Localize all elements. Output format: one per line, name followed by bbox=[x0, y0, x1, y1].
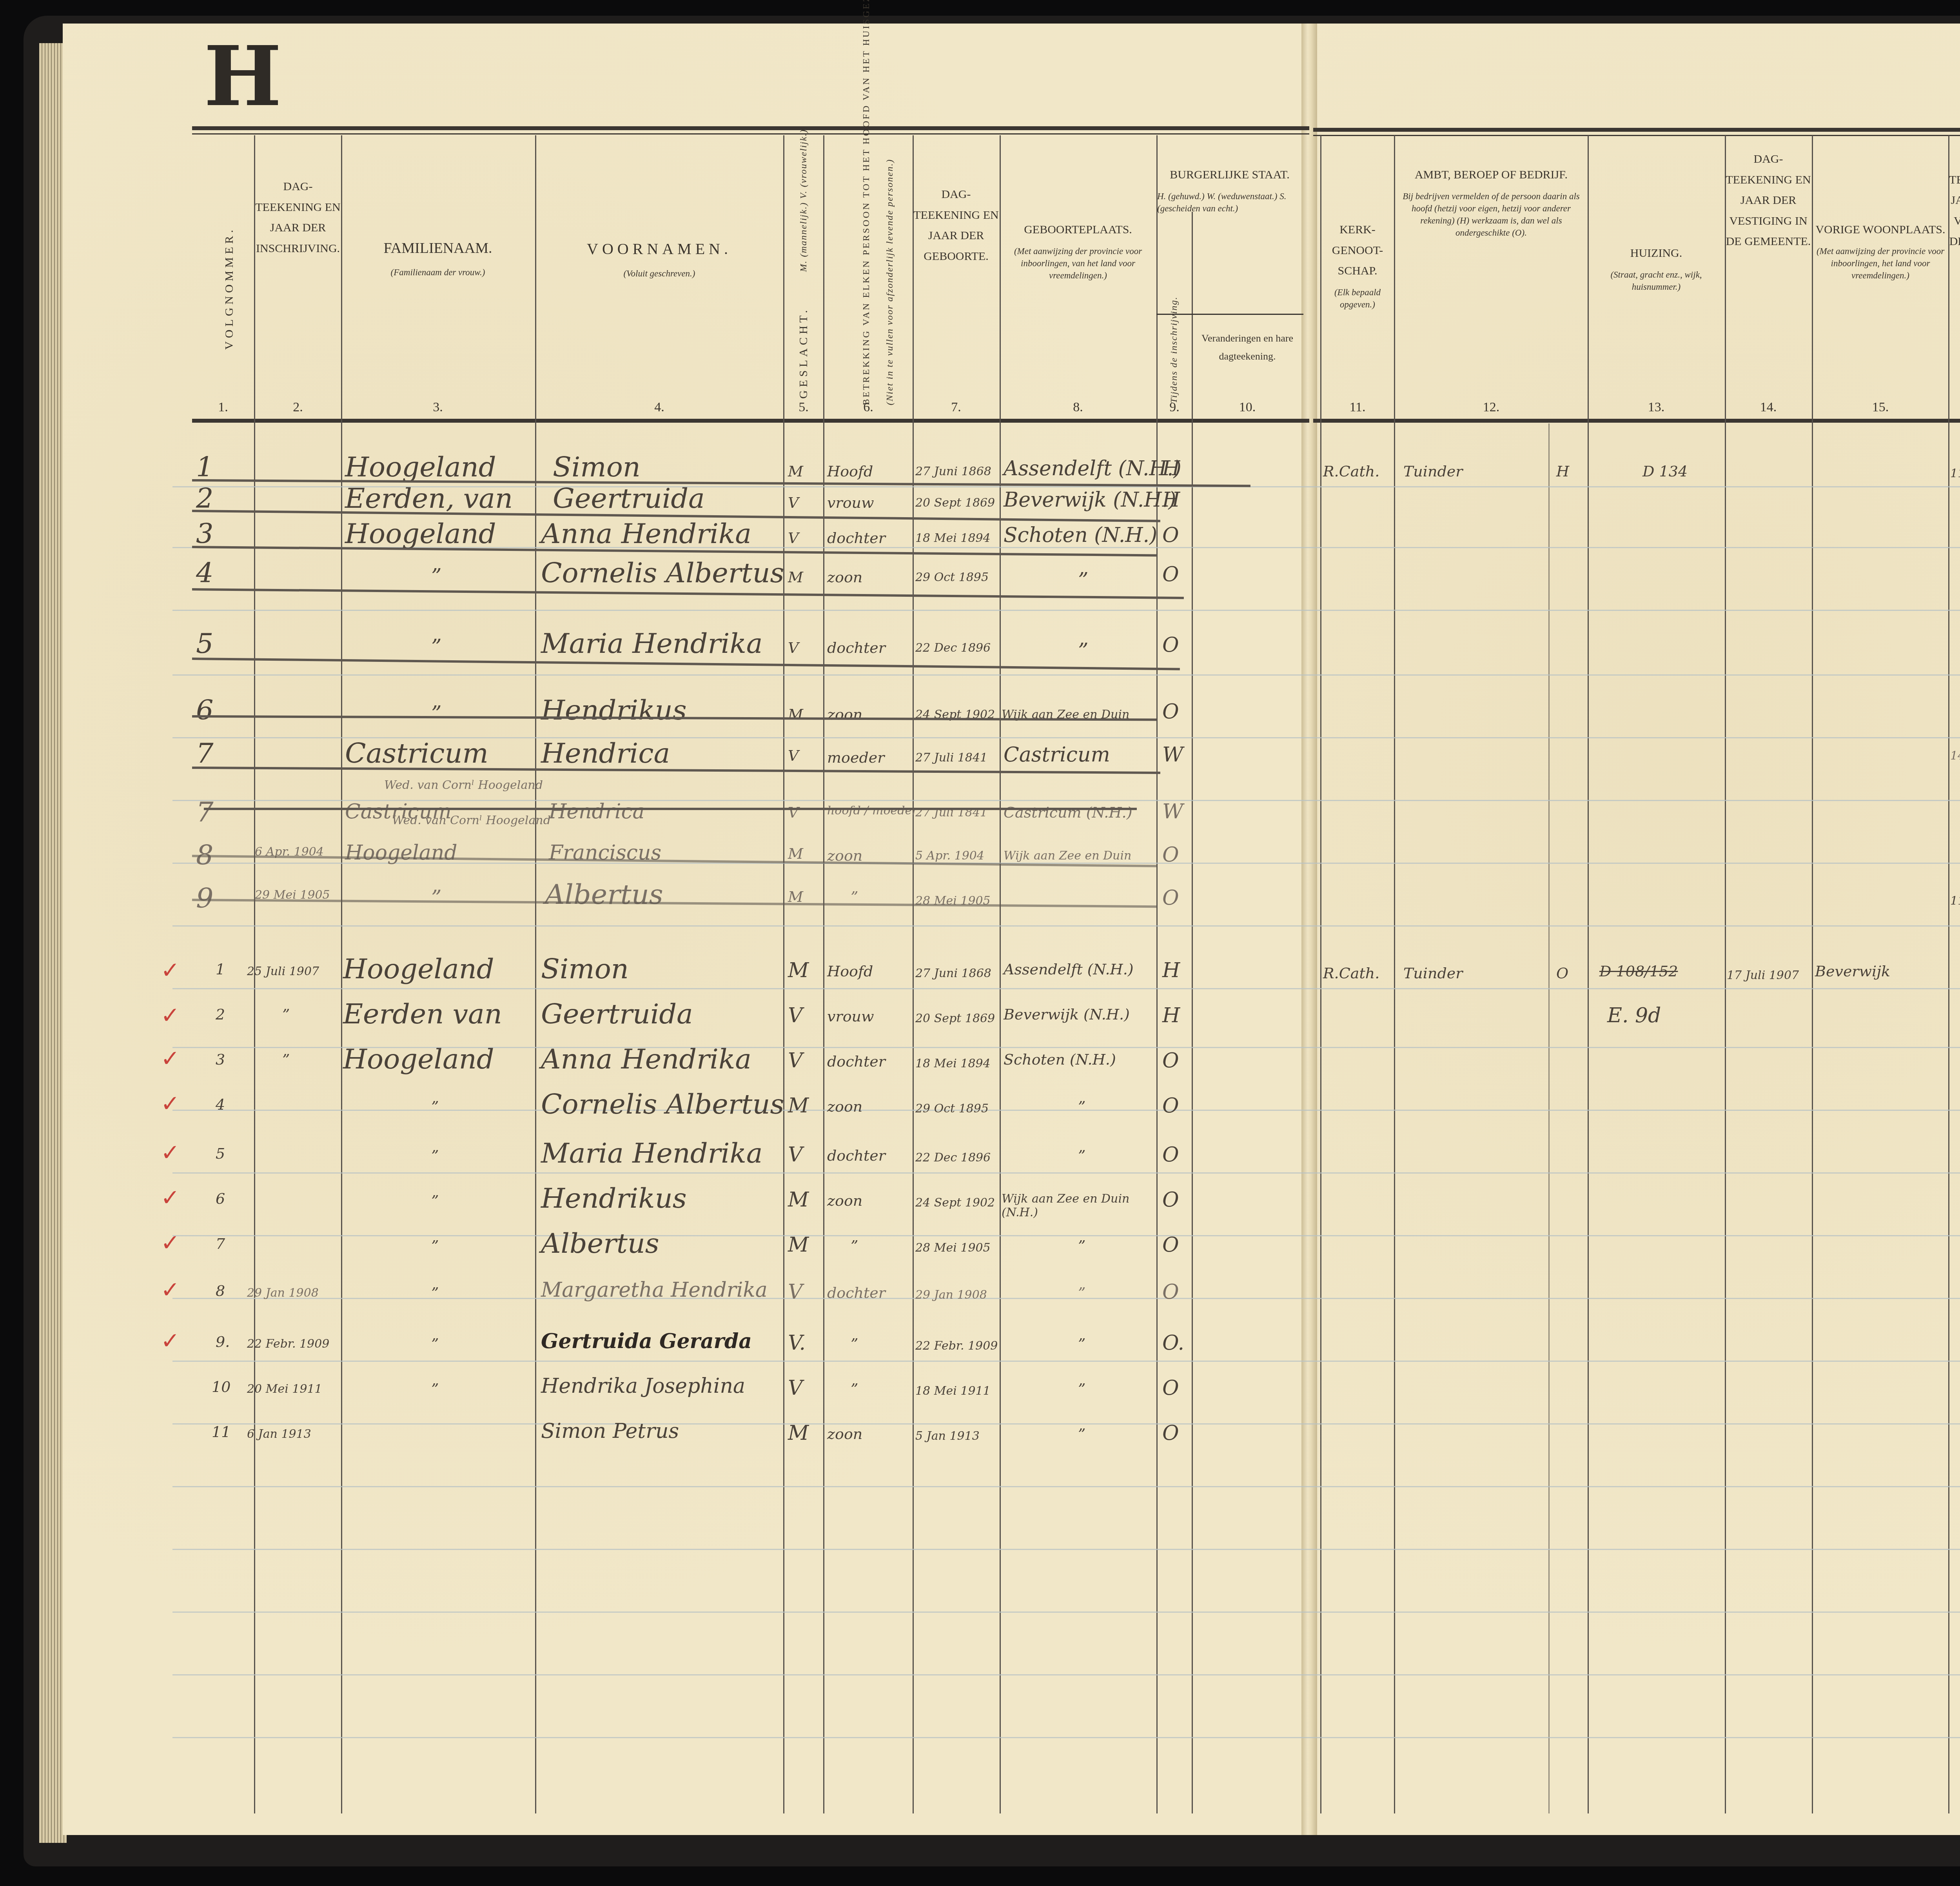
entry-birthplace: ” bbox=[1078, 1284, 1085, 1301]
entry-given-names: Hendrikus bbox=[541, 1182, 687, 1214]
entry-departure-date: 14 Nov 1905 bbox=[1950, 749, 1960, 763]
row-line bbox=[172, 988, 1960, 989]
entry-widow-note: Wed. van Cornˡ Hoogeland bbox=[392, 814, 551, 827]
header-col-12-note: Bij bedrijven vermelden of de persoon da… bbox=[1396, 190, 1587, 239]
entry-birthplace: Castricum bbox=[1004, 743, 1110, 767]
row-line bbox=[172, 1423, 1960, 1424]
col-number: 3. bbox=[342, 400, 534, 415]
entry-birthplace: Beverwijk (N.H.) bbox=[1004, 488, 1176, 512]
entry-birthdate: 28 Mei 1905 bbox=[915, 1241, 991, 1255]
entry-sex: V bbox=[788, 494, 799, 511]
entry-birthplace: ” bbox=[1078, 1380, 1085, 1397]
header-col-16: DAG-TEEKENING EN JAAR VAN HET VERTREK UI… bbox=[1949, 149, 1960, 252]
entry-relation: zoon bbox=[827, 1425, 862, 1443]
entry-number: 5 bbox=[216, 1145, 225, 1162]
entry-given-names: Cornelis Albertus bbox=[541, 1088, 784, 1120]
header-col-15: VORIGE WOONPLAATS. (Met aanwijzing der p… bbox=[1813, 220, 1948, 282]
header-col-11: KERK-GENOOT-SCHAP. (Elk bepaald opgeven.… bbox=[1321, 220, 1394, 311]
row-line bbox=[172, 1486, 1960, 1487]
entry-given-names: Simon Petrus bbox=[541, 1419, 679, 1443]
entry-church: R.Cath. bbox=[1323, 463, 1379, 480]
entry-birthdate: 18 Mei 1894 bbox=[915, 531, 991, 545]
checkmark-icon: ✓ bbox=[161, 1327, 180, 1354]
entry-address: E. 9d bbox=[1607, 1004, 1661, 1027]
entry-birthdate: 29 Jan 1908 bbox=[915, 1288, 987, 1302]
entry-number: 8 bbox=[216, 1282, 225, 1299]
entry-sex: M bbox=[788, 1188, 809, 1212]
row-line bbox=[172, 674, 1960, 676]
entry-surname: ” bbox=[431, 702, 442, 725]
entry-surname: ” bbox=[431, 635, 442, 659]
header-top-rule-left-thin bbox=[192, 133, 1309, 134]
entry-sex: V bbox=[788, 1376, 803, 1400]
col-number: 12. bbox=[1396, 400, 1587, 415]
header-top-rule-right-thin bbox=[1313, 135, 1960, 136]
checkmark-icon: ✓ bbox=[161, 957, 180, 983]
entry-given-names: Albertus bbox=[545, 878, 663, 910]
checkmark-icon: ✓ bbox=[161, 1184, 180, 1211]
entry-given-names: Geertruida bbox=[553, 482, 705, 514]
entry-civil-status: O bbox=[1162, 1376, 1179, 1400]
entry-number: 4 bbox=[196, 557, 214, 589]
header-col-14: DAG-TEEKENING EN JAAR DER VESTIGING IN D… bbox=[1726, 149, 1811, 252]
row-line bbox=[172, 1361, 1960, 1362]
header-col-7: DAG-TEEKENING EN JAAR DER GEBOORTE. bbox=[913, 184, 999, 267]
row-line bbox=[172, 1172, 1960, 1174]
entry-widow-note: Wed. van Cornˡ Hoogeland bbox=[384, 778, 543, 792]
entry-surname: ” bbox=[431, 565, 442, 588]
entry-birthplace: ” bbox=[1078, 1147, 1085, 1164]
entry-sex: M bbox=[788, 845, 803, 862]
col-divider bbox=[1000, 135, 1001, 1813]
header-col-4-title: VOORNAMEN. bbox=[587, 240, 732, 258]
entry-relation: vrouw bbox=[827, 494, 874, 511]
entry-surname: Hoogeland bbox=[345, 841, 457, 865]
entry-given-names: Maria Hendrika bbox=[541, 1137, 763, 1169]
book-gutter bbox=[1301, 24, 1317, 1835]
entry-registration-date: 6 Jan 1913 bbox=[247, 1427, 311, 1441]
entry-civil-status: H bbox=[1162, 959, 1180, 982]
header-top-rule-left bbox=[192, 126, 1309, 130]
header-col-13-title: HUIZING. bbox=[1630, 247, 1682, 260]
entry-civil-status: O bbox=[1162, 633, 1179, 657]
col-number: 10. bbox=[1192, 400, 1302, 415]
entry-given-names: Simon bbox=[553, 451, 641, 483]
col-divider bbox=[783, 135, 784, 1813]
entry-birthplace: ” bbox=[1078, 569, 1089, 592]
header-col-1: VOLGNOMMER. bbox=[223, 173, 236, 350]
entry-civil-status: O bbox=[1162, 1188, 1179, 1212]
entry-given-names: Gertruida Gerarda bbox=[541, 1329, 752, 1353]
entry-birthdate: 5 Jan 1913 bbox=[915, 1429, 980, 1443]
entry-given-names: Hendrika Josephina bbox=[541, 1374, 745, 1398]
checkmark-icon: ✓ bbox=[161, 1139, 180, 1166]
col-divider bbox=[1588, 135, 1589, 1813]
row-line bbox=[172, 1549, 1960, 1550]
checkmark-icon: ✓ bbox=[161, 1229, 180, 1256]
entry-surname: Castricum bbox=[345, 737, 488, 769]
entry-sex: V bbox=[788, 1143, 803, 1166]
entry-birthdate: 29 Oct 1895 bbox=[915, 571, 989, 584]
entry-given-names: Anna Hendrika bbox=[541, 1043, 751, 1075]
header-col-11-note: (Elk bepaald opgeven.) bbox=[1321, 286, 1394, 311]
row-line bbox=[172, 1298, 1960, 1299]
entry-sex: V. bbox=[788, 1331, 806, 1355]
col-divider bbox=[1725, 135, 1726, 1813]
header-col-2: DAG-TEEKENING EN JAAR DER INSCHRIJVING. bbox=[255, 141, 341, 259]
entry-registration-date: 25 Juli 1907 bbox=[247, 965, 319, 978]
entry-civil-status: W bbox=[1162, 800, 1183, 823]
entry-surname: ” bbox=[431, 1284, 439, 1301]
entry-birthplace: ” bbox=[1078, 1237, 1085, 1254]
entry-number: 3 bbox=[196, 518, 214, 550]
entry-number: 11 bbox=[212, 1423, 230, 1441]
col-divider bbox=[535, 135, 536, 1813]
col-number: 5. bbox=[784, 400, 823, 415]
checkmark-icon: ✓ bbox=[161, 1002, 180, 1028]
entry-relation: ” bbox=[851, 888, 858, 905]
entry-given-names: Simon bbox=[541, 953, 629, 985]
entry-sex: V bbox=[788, 639, 799, 656]
checkmark-icon: ✓ bbox=[161, 1045, 180, 1072]
col-divider bbox=[1156, 135, 1158, 1813]
entry-sex: V bbox=[788, 804, 799, 821]
header-col-13-note: (Straat, gracht enz., wijk, huisnummer.) bbox=[1588, 269, 1724, 293]
header-col-13: HUIZING. (Straat, gracht enz., wijk, hui… bbox=[1588, 243, 1724, 293]
header-bottom-rule-right bbox=[1313, 419, 1960, 423]
col-number: 15. bbox=[1813, 400, 1948, 415]
entry-number: 6 bbox=[196, 694, 214, 726]
header-col-8: GEBOORTEPLAATS. (Met aanwijzing der prov… bbox=[1000, 220, 1156, 282]
entry-relation: zoon bbox=[827, 1192, 862, 1209]
header-col-11-title: KERK-GENOOT-SCHAP. bbox=[1332, 223, 1383, 277]
entry-relation: ” bbox=[851, 1237, 858, 1254]
entry-given-names: Hendrica bbox=[549, 800, 645, 823]
entry-relation: dochter bbox=[827, 1053, 886, 1070]
left-page bbox=[63, 24, 1305, 1835]
entry-registration-date: 20 Mei 1911 bbox=[247, 1382, 322, 1396]
entry-relation: zoon bbox=[827, 569, 862, 586]
entry-birthplace: Assendelft (N.H.) bbox=[1004, 961, 1134, 978]
entry-address: D 134 bbox=[1642, 463, 1688, 480]
right-page bbox=[1309, 24, 1960, 1835]
header-col-6: BETREKKING VAN ELKEN PERSOON TOT HET HOO… bbox=[861, 107, 872, 405]
col-divider bbox=[1394, 135, 1395, 1813]
entry-given-names: Albertus bbox=[541, 1227, 659, 1259]
entry-number: 7 bbox=[196, 737, 214, 769]
entry-birthdate: 22 Dec 1896 bbox=[915, 1151, 991, 1165]
entry-given-names: Margaretha Hendrika bbox=[541, 1278, 776, 1302]
entry-relation: ” bbox=[851, 1380, 858, 1397]
entry-sex: V bbox=[788, 1049, 803, 1072]
header-col-3-note: (Familienaam der vrouw.) bbox=[342, 266, 534, 278]
col-number: 8. bbox=[1000, 400, 1156, 415]
entry-relation: zoon bbox=[827, 706, 862, 723]
col-number: 4. bbox=[536, 400, 782, 415]
header-col-12-title: AMBT, BEROEP OF BEDRIJF. bbox=[1415, 168, 1568, 181]
entry-number: 2 bbox=[216, 1006, 225, 1023]
entry-number: 9. bbox=[216, 1333, 230, 1350]
entry-given-names: Hendrikus bbox=[541, 694, 687, 726]
header-col-15-note: (Met aanwijzing der provincie voor inboo… bbox=[1813, 245, 1948, 282]
entry-registration-date: ” bbox=[282, 1006, 290, 1023]
entry-number: 9 bbox=[196, 882, 214, 914]
entry-civil-status: O bbox=[1162, 886, 1179, 910]
header-col-4-note: (Voluit geschreven.) bbox=[536, 267, 782, 280]
entry-civil-status: O bbox=[1162, 523, 1179, 547]
entry-surname: ” bbox=[431, 1237, 439, 1254]
entry-civil-status: O bbox=[1162, 1143, 1179, 1166]
entry-given-names: Cornelis Albertus bbox=[541, 557, 784, 589]
row-line bbox=[172, 1612, 1960, 1613]
col-divider bbox=[1812, 135, 1813, 1813]
checkmark-icon: ✓ bbox=[161, 1276, 180, 1303]
entry-birthdate: 18 Mei 1911 bbox=[915, 1384, 991, 1398]
col-divider bbox=[1320, 135, 1321, 1813]
entry-given-names: Maria Hendrika bbox=[541, 627, 763, 660]
header-col-6-note: (Niet in te vullen voor afzonderlijk lev… bbox=[885, 107, 895, 405]
entry-birthplace: ” bbox=[1078, 1098, 1085, 1115]
entry-sex: M bbox=[788, 463, 803, 480]
col-number: 13. bbox=[1588, 400, 1724, 415]
entry-civil-status: O bbox=[1162, 1421, 1179, 1445]
entry-surname: Eerden van bbox=[343, 998, 502, 1030]
entry-surname: ” bbox=[431, 1147, 439, 1164]
entry-surname: ” bbox=[431, 1380, 439, 1397]
entry-relation: vrouw bbox=[827, 1008, 874, 1025]
entry-surname: ” bbox=[431, 1098, 439, 1115]
entry-birthdate: 18 Mei 1894 bbox=[915, 1057, 991, 1070]
entry-occupation-status: O bbox=[1556, 965, 1568, 982]
col-number: 1. bbox=[192, 400, 254, 415]
entry-previous-residence: Beverwijk bbox=[1815, 963, 1890, 980]
header-col-12: AMBT, BEROEP OF BEDRIJF. Bij bedrijven v… bbox=[1396, 165, 1587, 239]
entry-registration-date: 22 Febr. 1909 bbox=[247, 1337, 329, 1351]
col-divider-sub bbox=[1548, 423, 1550, 1813]
entry-registration-date: ” bbox=[282, 1051, 290, 1068]
entry-birthplace: ” bbox=[1078, 639, 1089, 663]
entry-sex: V bbox=[788, 1280, 803, 1304]
entry-birthplace: Schoten (N.H.) bbox=[1004, 1051, 1116, 1068]
entry-birthdate: 27 Juli 1841 bbox=[915, 751, 987, 765]
header-group-title: BURGERLIJKE STAAT. bbox=[1170, 168, 1289, 181]
entry-birthdate: 27 Juni 1868 bbox=[915, 967, 991, 980]
entry-church: R.Cath. bbox=[1323, 965, 1379, 982]
entry-sex: M bbox=[788, 569, 803, 586]
entry-sex: M bbox=[788, 1233, 809, 1257]
entry-sex: M bbox=[788, 706, 803, 723]
entry-birthplace: ” bbox=[1078, 1335, 1085, 1352]
entry-birthplace: Wijk aan Zee en Duin (N.H.) bbox=[1002, 1192, 1151, 1219]
header-col-9: Tijdens de inschrijving. bbox=[1169, 298, 1180, 403]
entry-surname: Hoogeland bbox=[343, 953, 494, 985]
col-divider bbox=[913, 135, 914, 1813]
entry-birthplace: Schoten (N.H.) bbox=[1004, 523, 1157, 547]
header-top-rule-right bbox=[1313, 128, 1960, 132]
entry-settlement-date: 17 Juli 1907 bbox=[1727, 968, 1799, 982]
entry-birthplace: Assendelft (N.H.) bbox=[1004, 457, 1181, 480]
entry-birthdate: 22 Febr. 1909 bbox=[915, 1339, 998, 1353]
entry-number: 7 bbox=[216, 1235, 225, 1252]
entry-civil-status: O bbox=[1162, 1233, 1179, 1257]
entry-relation: Hoofd bbox=[827, 463, 873, 480]
col-divider bbox=[1948, 135, 1949, 1813]
entry-surname: Hoogeland bbox=[345, 518, 496, 550]
entry-birthdate: 20 Sept 1869 bbox=[915, 496, 995, 510]
col-number: 14. bbox=[1726, 400, 1811, 415]
header-col-10: Veranderingen en hare dagteekening. bbox=[1192, 329, 1302, 365]
entry-number: 10 bbox=[212, 1378, 230, 1395]
entry-birthplace: Beverwijk (N.H.) bbox=[1004, 1006, 1130, 1023]
entry-number: 3 bbox=[216, 1051, 225, 1068]
entry-surname: Hoogeland bbox=[345, 451, 496, 483]
row-line bbox=[172, 610, 1960, 611]
entry-occupation: Tuinder bbox=[1403, 965, 1463, 982]
entry-surname: ” bbox=[431, 886, 442, 910]
section-letter: H bbox=[204, 35, 281, 118]
entry-sex: V bbox=[788, 1004, 803, 1027]
entry-birthdate: 29 Oct 1895 bbox=[915, 1102, 989, 1116]
entry-surname: Hoogeland bbox=[343, 1043, 494, 1075]
entry-surname: Eerden, van bbox=[345, 482, 513, 514]
entry-civil-status: O bbox=[1162, 563, 1179, 586]
entry-civil-status: O bbox=[1162, 843, 1179, 867]
header-col-3-title: FAMILIENAAM. bbox=[384, 240, 492, 256]
entry-relation: ” bbox=[851, 1335, 858, 1352]
entry-relation: dochter bbox=[827, 1284, 886, 1301]
col-number: 9. bbox=[1157, 400, 1192, 415]
row-line bbox=[172, 925, 1960, 927]
entry-departure-date: 11 Aug 1905 bbox=[1950, 467, 1960, 480]
entry-birthplace: Wijk aan Zee en Duin bbox=[1004, 849, 1131, 863]
entry-civil-status: W bbox=[1162, 743, 1183, 767]
header-col-15-title: VORIGE WOONPLAATS. bbox=[1815, 223, 1945, 236]
entry-number: 6 bbox=[216, 1190, 225, 1207]
entry-given-names: Anna Hendrika bbox=[541, 518, 751, 550]
header-col-8-title: GEBOORTEPLAATS. bbox=[1024, 223, 1132, 236]
row-line bbox=[172, 1235, 1960, 1236]
entry-sex: M bbox=[788, 959, 809, 982]
entry-civil-status: O. bbox=[1162, 1331, 1184, 1355]
strikethrough-line bbox=[204, 808, 1137, 810]
row-line bbox=[172, 1674, 1960, 1675]
entry-occupation: Tuinder bbox=[1403, 463, 1463, 480]
entry-civil-status: O bbox=[1162, 1094, 1179, 1117]
header-col-4: VOORNAMEN. (Voluit geschreven.) bbox=[536, 235, 782, 280]
entry-departure-date: 11 Aug 1905 bbox=[1950, 894, 1960, 908]
col-divider bbox=[823, 135, 824, 1813]
entry-birthplace: ” bbox=[1078, 1425, 1085, 1443]
header-col-8-note: (Met aanwijzing der provincie voor inboo… bbox=[1000, 245, 1156, 282]
entry-birthplace: Castricum (N.H.) bbox=[1004, 804, 1132, 821]
entry-birthdate: 24 Sept 1902 bbox=[915, 1196, 995, 1210]
entry-sex: V bbox=[788, 529, 799, 547]
entry-given-names: Geertruida bbox=[541, 998, 693, 1030]
col-divider bbox=[341, 135, 342, 1813]
entry-registration-date: 29 Jan 1908 bbox=[247, 1286, 319, 1300]
header-col-3: FAMILIENAAM. (Familienaam der vrouw.) bbox=[342, 235, 534, 278]
entry-civil-status: H bbox=[1162, 488, 1180, 512]
entry-civil-status: H bbox=[1162, 457, 1180, 480]
entry-sex: M bbox=[788, 1094, 809, 1117]
entry-relation: dochter bbox=[827, 529, 886, 547]
header-burgerlijke-staat: BURGERLIJKE STAAT. H. (gehuwd.) W. (wedu… bbox=[1157, 165, 1302, 214]
entry-occupation-status: H bbox=[1556, 463, 1569, 480]
checkmark-icon: ✓ bbox=[161, 1090, 180, 1117]
entry-relation: moeder bbox=[827, 749, 884, 766]
entry-surname: ” bbox=[431, 1192, 439, 1209]
entry-birthdate: 20 Sept 1869 bbox=[915, 1012, 995, 1025]
header-group-note: H. (gehuwd.) W. (weduwenstaat.) S. (gesc… bbox=[1157, 190, 1302, 214]
entry-number: 4 bbox=[216, 1096, 225, 1113]
entry-number: 7 bbox=[196, 796, 214, 828]
entry-sex: M bbox=[788, 1421, 809, 1445]
entry-sex: V bbox=[788, 747, 799, 764]
entry-number: 1 bbox=[216, 961, 225, 978]
entry-birthdate: 5 Apr. 1904 bbox=[915, 849, 984, 863]
entry-civil-status: O bbox=[1162, 1049, 1179, 1072]
col-number: 6. bbox=[824, 400, 913, 415]
entry-civil-status: O bbox=[1162, 1280, 1179, 1304]
entry-number: 1 bbox=[196, 451, 214, 483]
entry-civil-status: H bbox=[1162, 1004, 1180, 1027]
entry-number: 5 bbox=[196, 627, 214, 660]
col-number: 7. bbox=[913, 400, 999, 415]
col-divider bbox=[1192, 212, 1193, 1813]
header-bottom-rule-left bbox=[192, 419, 1309, 423]
entry-birthdate: 22 Dec 1896 bbox=[915, 641, 991, 655]
entry-civil-status: O bbox=[1162, 700, 1179, 723]
entry-address-old: D 108/152 bbox=[1599, 963, 1678, 980]
entry-given-names: Hendrica bbox=[541, 737, 670, 769]
entry-relation: hoofd / moeder bbox=[827, 804, 918, 818]
col-number: 11. bbox=[1321, 400, 1394, 415]
entry-relation: dochter bbox=[827, 639, 886, 656]
col-number: 16. bbox=[1949, 400, 1960, 415]
entry-birthdate: 27 Juni 1868 bbox=[915, 465, 991, 478]
entry-surname: ” bbox=[431, 1335, 439, 1352]
col-number: 2. bbox=[255, 400, 341, 415]
header-col-5-note: M. (mannelijk.) V. (vrouwelijk.) bbox=[799, 115, 809, 272]
entry-relation: dochter bbox=[827, 1147, 886, 1164]
row-line bbox=[172, 1737, 1960, 1738]
entry-relation: zoon bbox=[827, 1098, 862, 1115]
entry-relation: Hoofd bbox=[827, 963, 873, 980]
row-line bbox=[172, 1110, 1960, 1111]
